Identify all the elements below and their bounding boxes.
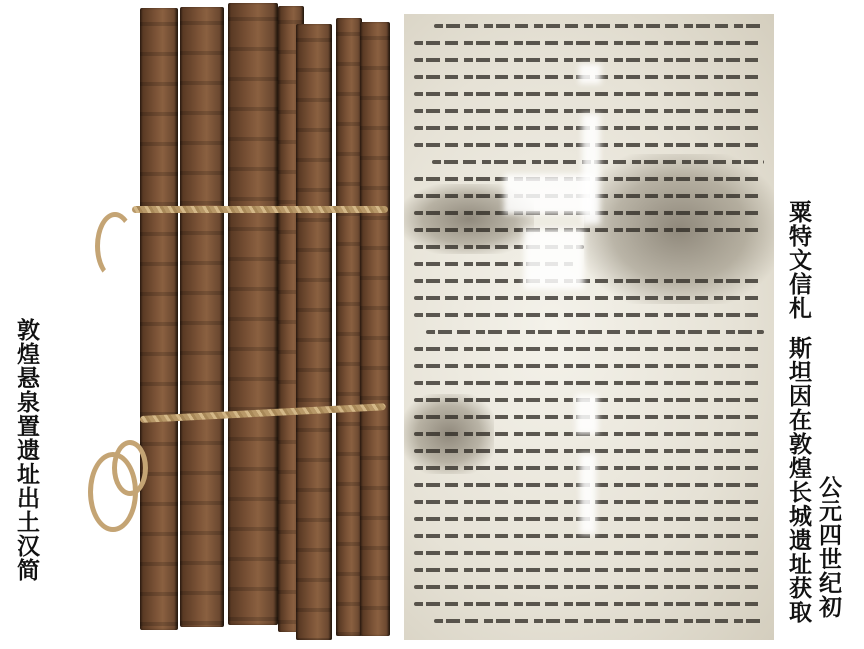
script-line	[414, 347, 764, 351]
caption-letter-source: 斯坦因在敦煌长城遗址获取	[786, 336, 809, 624]
script-line	[414, 92, 764, 96]
script-line	[414, 568, 764, 572]
fold-mark	[579, 64, 601, 84]
script-line	[414, 228, 764, 232]
fold-mark	[576, 394, 598, 434]
sogdian-letter-image	[404, 14, 774, 640]
script-line	[414, 296, 764, 300]
fold-mark	[580, 454, 596, 534]
bamboo-slip	[336, 18, 362, 636]
script-line	[414, 109, 764, 113]
script-line	[414, 313, 764, 317]
script-line	[434, 619, 764, 623]
script-line	[434, 24, 764, 28]
bamboo-slip	[360, 22, 390, 636]
script-line	[414, 381, 764, 385]
bamboo-slip	[228, 3, 278, 625]
script-line	[414, 551, 764, 555]
script-line	[414, 58, 764, 62]
binding-rope-top	[132, 206, 388, 213]
script-line	[414, 279, 764, 283]
caption-han-slips: 敦煌悬泉置遗址出土汉简	[14, 318, 37, 582]
script-line	[414, 449, 764, 453]
script-line	[414, 602, 764, 606]
bamboo-slip	[180, 7, 224, 627]
caption-letter-title: 粟特文信札	[786, 200, 809, 320]
script-line	[414, 41, 764, 45]
bamboo-slips-image	[0, 0, 400, 649]
rope-tail-top	[95, 212, 135, 280]
script-line	[426, 330, 764, 334]
script-line	[414, 364, 764, 368]
script-line	[414, 585, 764, 589]
fold-mark	[504, 174, 594, 214]
script-line	[414, 534, 764, 538]
bamboo-slip	[140, 8, 178, 630]
fold-mark	[524, 229, 584, 289]
caption-letter-date: 公元四世纪初	[816, 475, 839, 619]
rope-loop-bottom-2	[112, 440, 148, 496]
bamboo-slip	[296, 24, 332, 640]
